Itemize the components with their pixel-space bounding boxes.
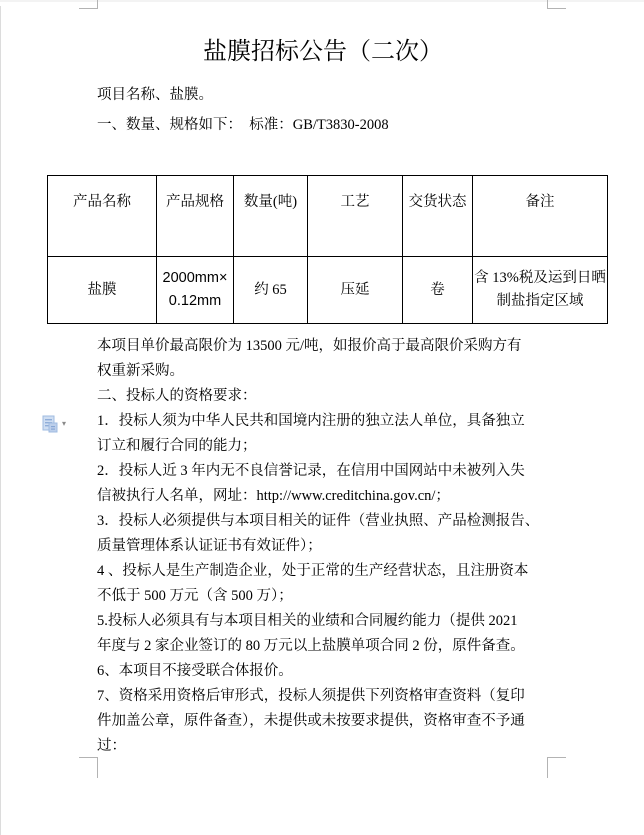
header-product-name: 产品名称 — [48, 176, 157, 257]
header-process: 工艺 — [308, 176, 403, 257]
product-table: 产品名称 产品规格 数量(吨) 工艺 交货状态 备注 盐膜 2000mm×0.1… — [47, 175, 608, 324]
page-left-edge — [0, 6, 1, 835]
crop-mark-top-left — [79, 0, 98, 9]
crop-mark-bottom-right — [547, 757, 566, 778]
paragraph-price-limit: 本项目单价最高限价为 13500 元/吨，如报价高于最高限价采购方有 权重新采购… — [97, 334, 567, 384]
cell-remarks: 含 13%税及运到日晒制盐指定区域 — [473, 257, 608, 324]
table-data-row: 盐膜 2000mm×0.12mm 约 65 压延 卷 含 13%税及运到日晒制盐… — [48, 257, 608, 324]
header-delivery-state: 交货状态 — [403, 176, 473, 257]
project-name-line: 项目名称、盐膜。 — [97, 80, 567, 110]
paste-options-button[interactable]: ▾ — [42, 413, 74, 435]
header-quantity-tons: 数量(吨) — [234, 176, 308, 257]
body-text-section: 本项目单价最高限价为 13500 元/吨，如报价高于最高限价采购方有 权重新采购… — [97, 334, 567, 759]
paragraph-requirement-5: 5.投标人必须具有与本项目相关的业绩和合同履约能力（提供 2021 年度与 2 … — [97, 609, 567, 659]
cell-product-name: 盐膜 — [48, 257, 157, 324]
cell-delivery-state: 卷 — [403, 257, 473, 324]
table-header-row: 产品名称 产品规格 数量(吨) 工艺 交货状态 备注 — [48, 176, 608, 257]
paragraph-requirement-1: 1．投标人须为中华人民共和国境内注册的独立法人单位，具备独立 订立和履行合同的能… — [97, 409, 567, 459]
header-remarks: 备注 — [473, 176, 608, 257]
cell-quantity: 约 65 — [234, 257, 308, 324]
document-page: 盐膜招标公告（二次） 项目名称、盐膜。 一、数量、规格如下： 标准：GB/T38… — [0, 0, 644, 835]
page-title: 盐膜招标公告（二次） — [97, 37, 549, 67]
paragraph-requirement-3: 3．投标人必须提供与本项目相关的证件（营业执照、产品检测报告、 质量管理体系认证… — [97, 509, 567, 559]
intro-section: 项目名称、盐膜。 一、数量、规格如下： 标准：GB/T3830-2008 — [97, 80, 567, 140]
chevron-down-icon[interactable]: ▾ — [62, 420, 66, 428]
paragraph-requirement-4: 4 、投标人是生产制造企业，处于正常的生产经营状态，且注册资本 不低于 500 … — [97, 559, 567, 609]
cell-process: 压延 — [308, 257, 403, 324]
paragraph-requirement-2: 2．投标人近 3 年内无不良信誉记录，在信用中国网站中未被列入失 信被执行人名单… — [97, 459, 567, 509]
cell-product-spec: 2000mm×0.12mm — [157, 257, 234, 324]
quantity-spec-line: 一、数量、规格如下： 标准：GB/T3830-2008 — [97, 110, 567, 140]
crop-mark-top-right — [547, 0, 566, 9]
clipboard-paste-icon — [42, 415, 59, 433]
paragraph-requirement-6: 6、本项目不接受联合体报价。 — [97, 659, 567, 684]
paragraph-section-2-heading: 二、投标人的资格要求： — [97, 384, 567, 409]
header-product-spec: 产品规格 — [157, 176, 234, 257]
paragraph-requirement-7: 7、资格采用资格后审形式，投标人须提供下列资格审查资料（复印 件加盖公章，原件备… — [97, 684, 567, 759]
crop-mark-bottom-left — [79, 757, 98, 778]
